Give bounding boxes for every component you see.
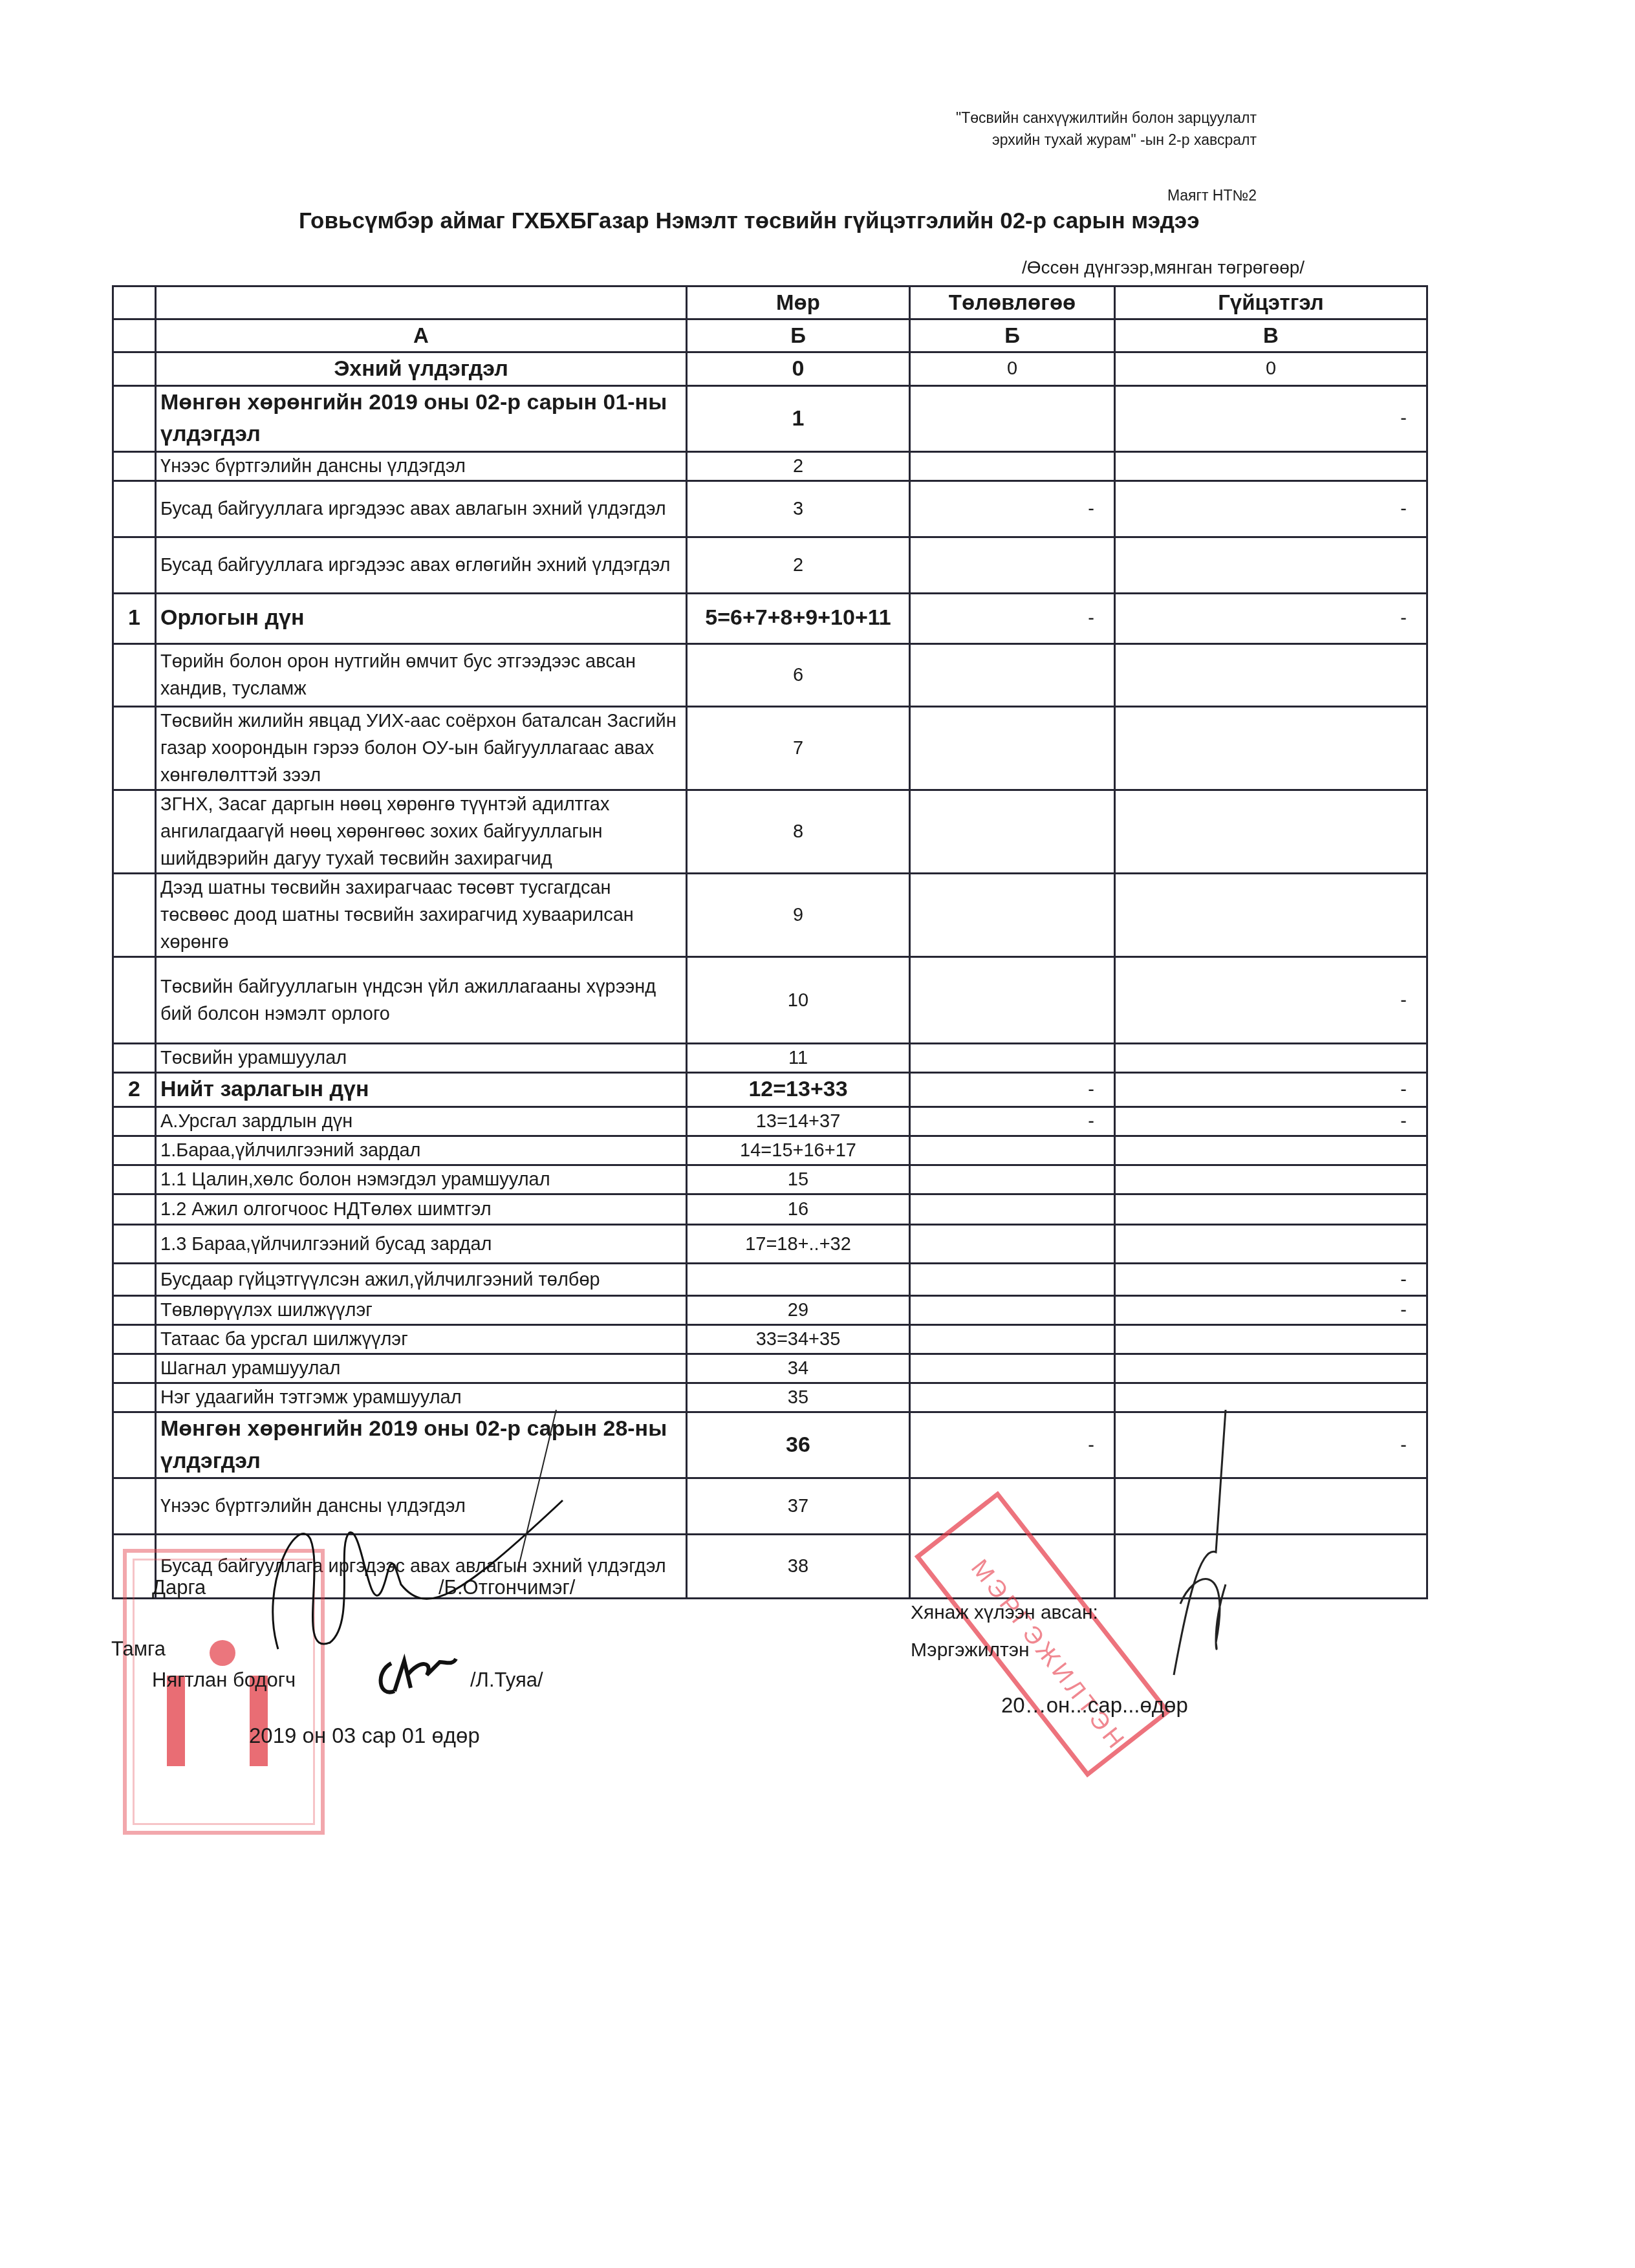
plan-value (910, 1325, 1115, 1354)
actual-value: - (1115, 385, 1427, 451)
table-row: ЗГНХ, Засаг даргын нөөц хөрөнгө түүнтэй … (113, 790, 1427, 873)
table-row: Төвлөрүүлэх шилжүүлэг29- (113, 1296, 1427, 1325)
row-description: Мөнгөн хөрөнгийн 2019 оны 02-р сарын 28-… (156, 1412, 687, 1478)
row-code: 2 (687, 537, 910, 593)
row-description: А.Урсгал зардлын дүн (156, 1107, 687, 1136)
form-code: Маягт НТ№2 (1167, 184, 1257, 206)
table-row: Бусад байгууллага иргэдээс авах авлагын … (113, 481, 1427, 537)
row-number (113, 1478, 156, 1535)
table-row: 1.Бараа,үйлчилгээний зардал14=15+16+17 (113, 1136, 1427, 1165)
letter-cell: Б (687, 319, 910, 352)
plan-value (910, 1194, 1115, 1225)
row-number: 2 (113, 1073, 156, 1107)
row-description: Бусдаар гүйцэтгүүлсэн ажил,үйлчилгээний … (156, 1264, 687, 1296)
actual-value (1115, 790, 1427, 873)
signature-stroke (517, 1410, 582, 1571)
letter-cell: В (1115, 319, 1427, 352)
actual-value: - (1115, 481, 1427, 537)
plan-value (910, 706, 1115, 790)
actual-value (1115, 1225, 1427, 1264)
row-code: 7 (687, 706, 910, 790)
row-number (113, 790, 156, 873)
reviewed-label: Хянаж хүлээн авсан: (911, 1602, 1098, 1624)
row-description: Төрийн болон орон нутгийн өмчит бус этгэ… (156, 643, 687, 706)
letters-row: А Б Б В (113, 319, 1427, 352)
plan-value: 0 (910, 352, 1115, 385)
row-description: Төсвийн урамшуулал (156, 1044, 687, 1073)
actual-value (1115, 1354, 1427, 1383)
row-description: Нийт зарлагын дүн (156, 1073, 687, 1107)
row-code: 8 (687, 790, 910, 873)
row-description: 1.1 Цалин,хөлс болон нэмэгдэл урамшуулал (156, 1165, 687, 1194)
plan-value (910, 1296, 1115, 1325)
row-number: 1 (113, 593, 156, 643)
table-row: 1.2 Ажил олгогчоос НДТөлөх шимтгэл16 (113, 1194, 1427, 1225)
row-code: 14=15+16+17 (687, 1136, 910, 1165)
table-row: Нэг удаагийн тэтгэмж урамшуулал35 (113, 1383, 1427, 1412)
row-code: 12=13+33 (687, 1073, 910, 1107)
table-row: Төсвийн урамшуулал11 (113, 1044, 1427, 1073)
plan-value (910, 1264, 1115, 1296)
table-row: 1.1 Цалин,хөлс болон нэмэгдэл урамшуулал… (113, 1165, 1427, 1194)
plan-value (910, 537, 1115, 593)
table-row: Эхний үлдэгдэл000 (113, 352, 1427, 385)
row-code: 5=6+7+8+9+10+11 (687, 593, 910, 643)
plan-value (910, 1044, 1115, 1073)
plan-value (910, 385, 1115, 451)
plan-value (910, 451, 1115, 481)
plan-value (910, 1165, 1115, 1194)
header-desc-cell (156, 286, 687, 319)
table-row: Төрийн болон орон нутгийн өмчит бус этгэ… (113, 643, 1427, 706)
row-description: Нэг удаагийн тэтгэмж урамшуулал (156, 1383, 687, 1412)
actual-value: - (1115, 1264, 1427, 1296)
row-code: 29 (687, 1296, 910, 1325)
row-code: 6 (687, 643, 910, 706)
row-description: Үнээс бүртгэлийн дансны үлдэгдэл (156, 451, 687, 481)
row-number (113, 1136, 156, 1165)
row-number (113, 706, 156, 790)
row-number (113, 1194, 156, 1225)
row-description: Төсвийн байгууллагын үндсэн үйл ажиллага… (156, 957, 687, 1044)
row-number (113, 1107, 156, 1136)
seal-label: Тамга (111, 1637, 166, 1661)
row-description: Төвлөрүүлэх шилжүүлэг (156, 1296, 687, 1325)
table-row: Мөнгөн хөрөнгийн 2019 оны 02-р сарын 01-… (113, 385, 1427, 451)
units-note: /Өссөн дүнгээр,мянган төгрөгөөр/ (1022, 257, 1305, 278)
actual-value: 0 (1115, 352, 1427, 385)
actual-value (1115, 451, 1427, 481)
row-number (113, 1225, 156, 1264)
table-row: 1.3 Бараа,үйлчилгээний бусад зардал17=18… (113, 1225, 1427, 1264)
row-description: 1.3 Бараа,үйлчилгээний бусад зардал (156, 1225, 687, 1264)
row-description: Мөнгөн хөрөнгийн 2019 оны 02-р сарын 01-… (156, 385, 687, 451)
table-row: Үнээс бүртгэлийн дансны үлдэгдэл2 (113, 451, 1427, 481)
table-row: Бусдаар гүйцэтгүүлсэн ажил,үйлчилгээний … (113, 1264, 1427, 1296)
row-number (113, 873, 156, 956)
row-code: 33=34+35 (687, 1325, 910, 1354)
plan-value (910, 643, 1115, 706)
table-row: Дээд шатны төсвийн захирагчаас төсөвт ту… (113, 873, 1427, 956)
actual-value (1115, 873, 1427, 956)
row-code: 38 (687, 1535, 910, 1599)
row-description: ЗГНХ, Засаг даргын нөөц хөрөнгө түүнтэй … (156, 790, 687, 873)
row-number (113, 1165, 156, 1194)
table-row: 1Орлогын дүн5=6+7+8+9+10+11-- (113, 593, 1427, 643)
actual-value: - (1115, 593, 1427, 643)
letter-cell (113, 319, 156, 352)
actual-value: - (1115, 1296, 1427, 1325)
row-number (113, 1383, 156, 1412)
row-code: 34 (687, 1354, 910, 1383)
plan-value: - (910, 481, 1115, 537)
table-row: Төсвийн жилийн явцад УИХ-аас соёрхон бат… (113, 706, 1427, 790)
row-code: 10 (687, 957, 910, 1044)
header-row-code: Мөр (687, 286, 910, 319)
row-number (113, 643, 156, 706)
column-header-row: Мөр Төлөвлөгөө Гүйцэтгэл (113, 286, 1427, 319)
form-reference-line-1: "Төсвийн санхүүжилтийн болон зарцуулалт (956, 107, 1257, 129)
header-actual: Гүйцэтгэл (1115, 286, 1427, 319)
row-code: 1 (687, 385, 910, 451)
plan-value (910, 1225, 1115, 1264)
row-code: 15 (687, 1165, 910, 1194)
plan-value (910, 1354, 1115, 1383)
plan-value (910, 790, 1115, 873)
actual-value: - (1115, 1073, 1427, 1107)
plan-value: - (910, 1107, 1115, 1136)
plan-value: - (910, 1073, 1115, 1107)
table-row: Татаас ба урсгал шилжүүлэг33=34+35 (113, 1325, 1427, 1354)
actual-value (1115, 1325, 1427, 1354)
actual-value (1115, 537, 1427, 593)
actual-value (1115, 1136, 1427, 1165)
row-number (113, 1412, 156, 1478)
row-description: 1.2 Ажил олгогчоос НДТөлөх шимтгэл (156, 1194, 687, 1225)
row-number (113, 385, 156, 451)
document-title: Говьсүмбэр аймаг ГХБХБГазар Нэмэлт төсви… (299, 208, 1200, 234)
row-number (113, 481, 156, 537)
accountant-signature (375, 1656, 459, 1701)
table-row: Төсвийн байгууллагын үндсэн үйл ажиллага… (113, 957, 1427, 1044)
specialist-signature (1161, 1410, 1251, 1681)
actual-value (1115, 1383, 1427, 1412)
letter-cell: А (156, 319, 687, 352)
header-plan: Төлөвлөгөө (910, 286, 1115, 319)
director-label: Дарга (152, 1576, 206, 1599)
row-description: Эхний үлдэгдэл (156, 352, 687, 385)
actual-value: - (1115, 957, 1427, 1044)
report-date: 2019 он 03 сар 01 өдөр (249, 1723, 480, 1748)
row-code: 17=18+..+32 (687, 1225, 910, 1264)
table-row: 2Нийт зарлагын дүн12=13+33-- (113, 1073, 1427, 1107)
specialist-label: Мэргэжилтэн (911, 1639, 1030, 1661)
row-code: 0 (687, 352, 910, 385)
row-number (113, 957, 156, 1044)
row-code: 35 (687, 1383, 910, 1412)
row-code (687, 1264, 910, 1296)
actual-value (1115, 706, 1427, 790)
actual-value (1115, 1165, 1427, 1194)
row-description: Төсвийн жилийн явцад УИХ-аас соёрхон бат… (156, 706, 687, 790)
plan-value: - (910, 593, 1115, 643)
actual-value: - (1115, 1107, 1427, 1136)
row-description: 1.Бараа,үйлчилгээний зардал (156, 1136, 687, 1165)
row-number (113, 352, 156, 385)
table-row: А.Урсгал зардлын дүн13=14+37-- (113, 1107, 1427, 1136)
row-code: 13=14+37 (687, 1107, 910, 1136)
row-code: 2 (687, 451, 910, 481)
form-reference-line-2: эрхийн тухай журам" -ын 2-р хавсралт (992, 129, 1257, 151)
header-num-cell (113, 286, 156, 319)
row-number (113, 1264, 156, 1296)
actual-value (1115, 643, 1427, 706)
plan-value: - (910, 1412, 1115, 1478)
row-description: Орлогын дүн (156, 593, 687, 643)
row-code: 3 (687, 481, 910, 537)
row-number (113, 1296, 156, 1325)
letter-cell: Б (910, 319, 1115, 352)
row-code: 36 (687, 1412, 910, 1478)
actual-value (1115, 1194, 1427, 1225)
budget-report-table: Мөр Төлөвлөгөө Гүйцэтгэл А Б Б В Эхний ү… (112, 285, 1428, 1599)
row-number (113, 537, 156, 593)
actual-value (1115, 1044, 1427, 1073)
row-number (113, 1354, 156, 1383)
row-number (113, 1325, 156, 1354)
table-row: Шагнал урамшуулал34 (113, 1354, 1427, 1383)
row-code: 16 (687, 1194, 910, 1225)
plan-value (910, 1136, 1115, 1165)
plan-value (910, 873, 1115, 956)
row-description: Бусад байгууллага иргэдээс авах авлагын … (156, 481, 687, 537)
table-row: Бусад байгууллага иргэдээс авах өглөгийн… (113, 537, 1427, 593)
row-description: Дээд шатны төсвийн захирагчаас төсөвт ту… (156, 873, 687, 956)
review-date: 20…он...сар...өдөр (1001, 1693, 1188, 1718)
row-code: 9 (687, 873, 910, 956)
row-code: 37 (687, 1478, 910, 1535)
row-number (113, 1044, 156, 1073)
row-description: Бусад байгууллага иргэдээс авах өглөгийн… (156, 537, 687, 593)
row-code: 11 (687, 1044, 910, 1073)
row-description: Татаас ба урсгал шилжүүлэг (156, 1325, 687, 1354)
plan-value (910, 1383, 1115, 1412)
row-description: Шагнал урамшуулал (156, 1354, 687, 1383)
plan-value (910, 957, 1115, 1044)
row-number (113, 451, 156, 481)
